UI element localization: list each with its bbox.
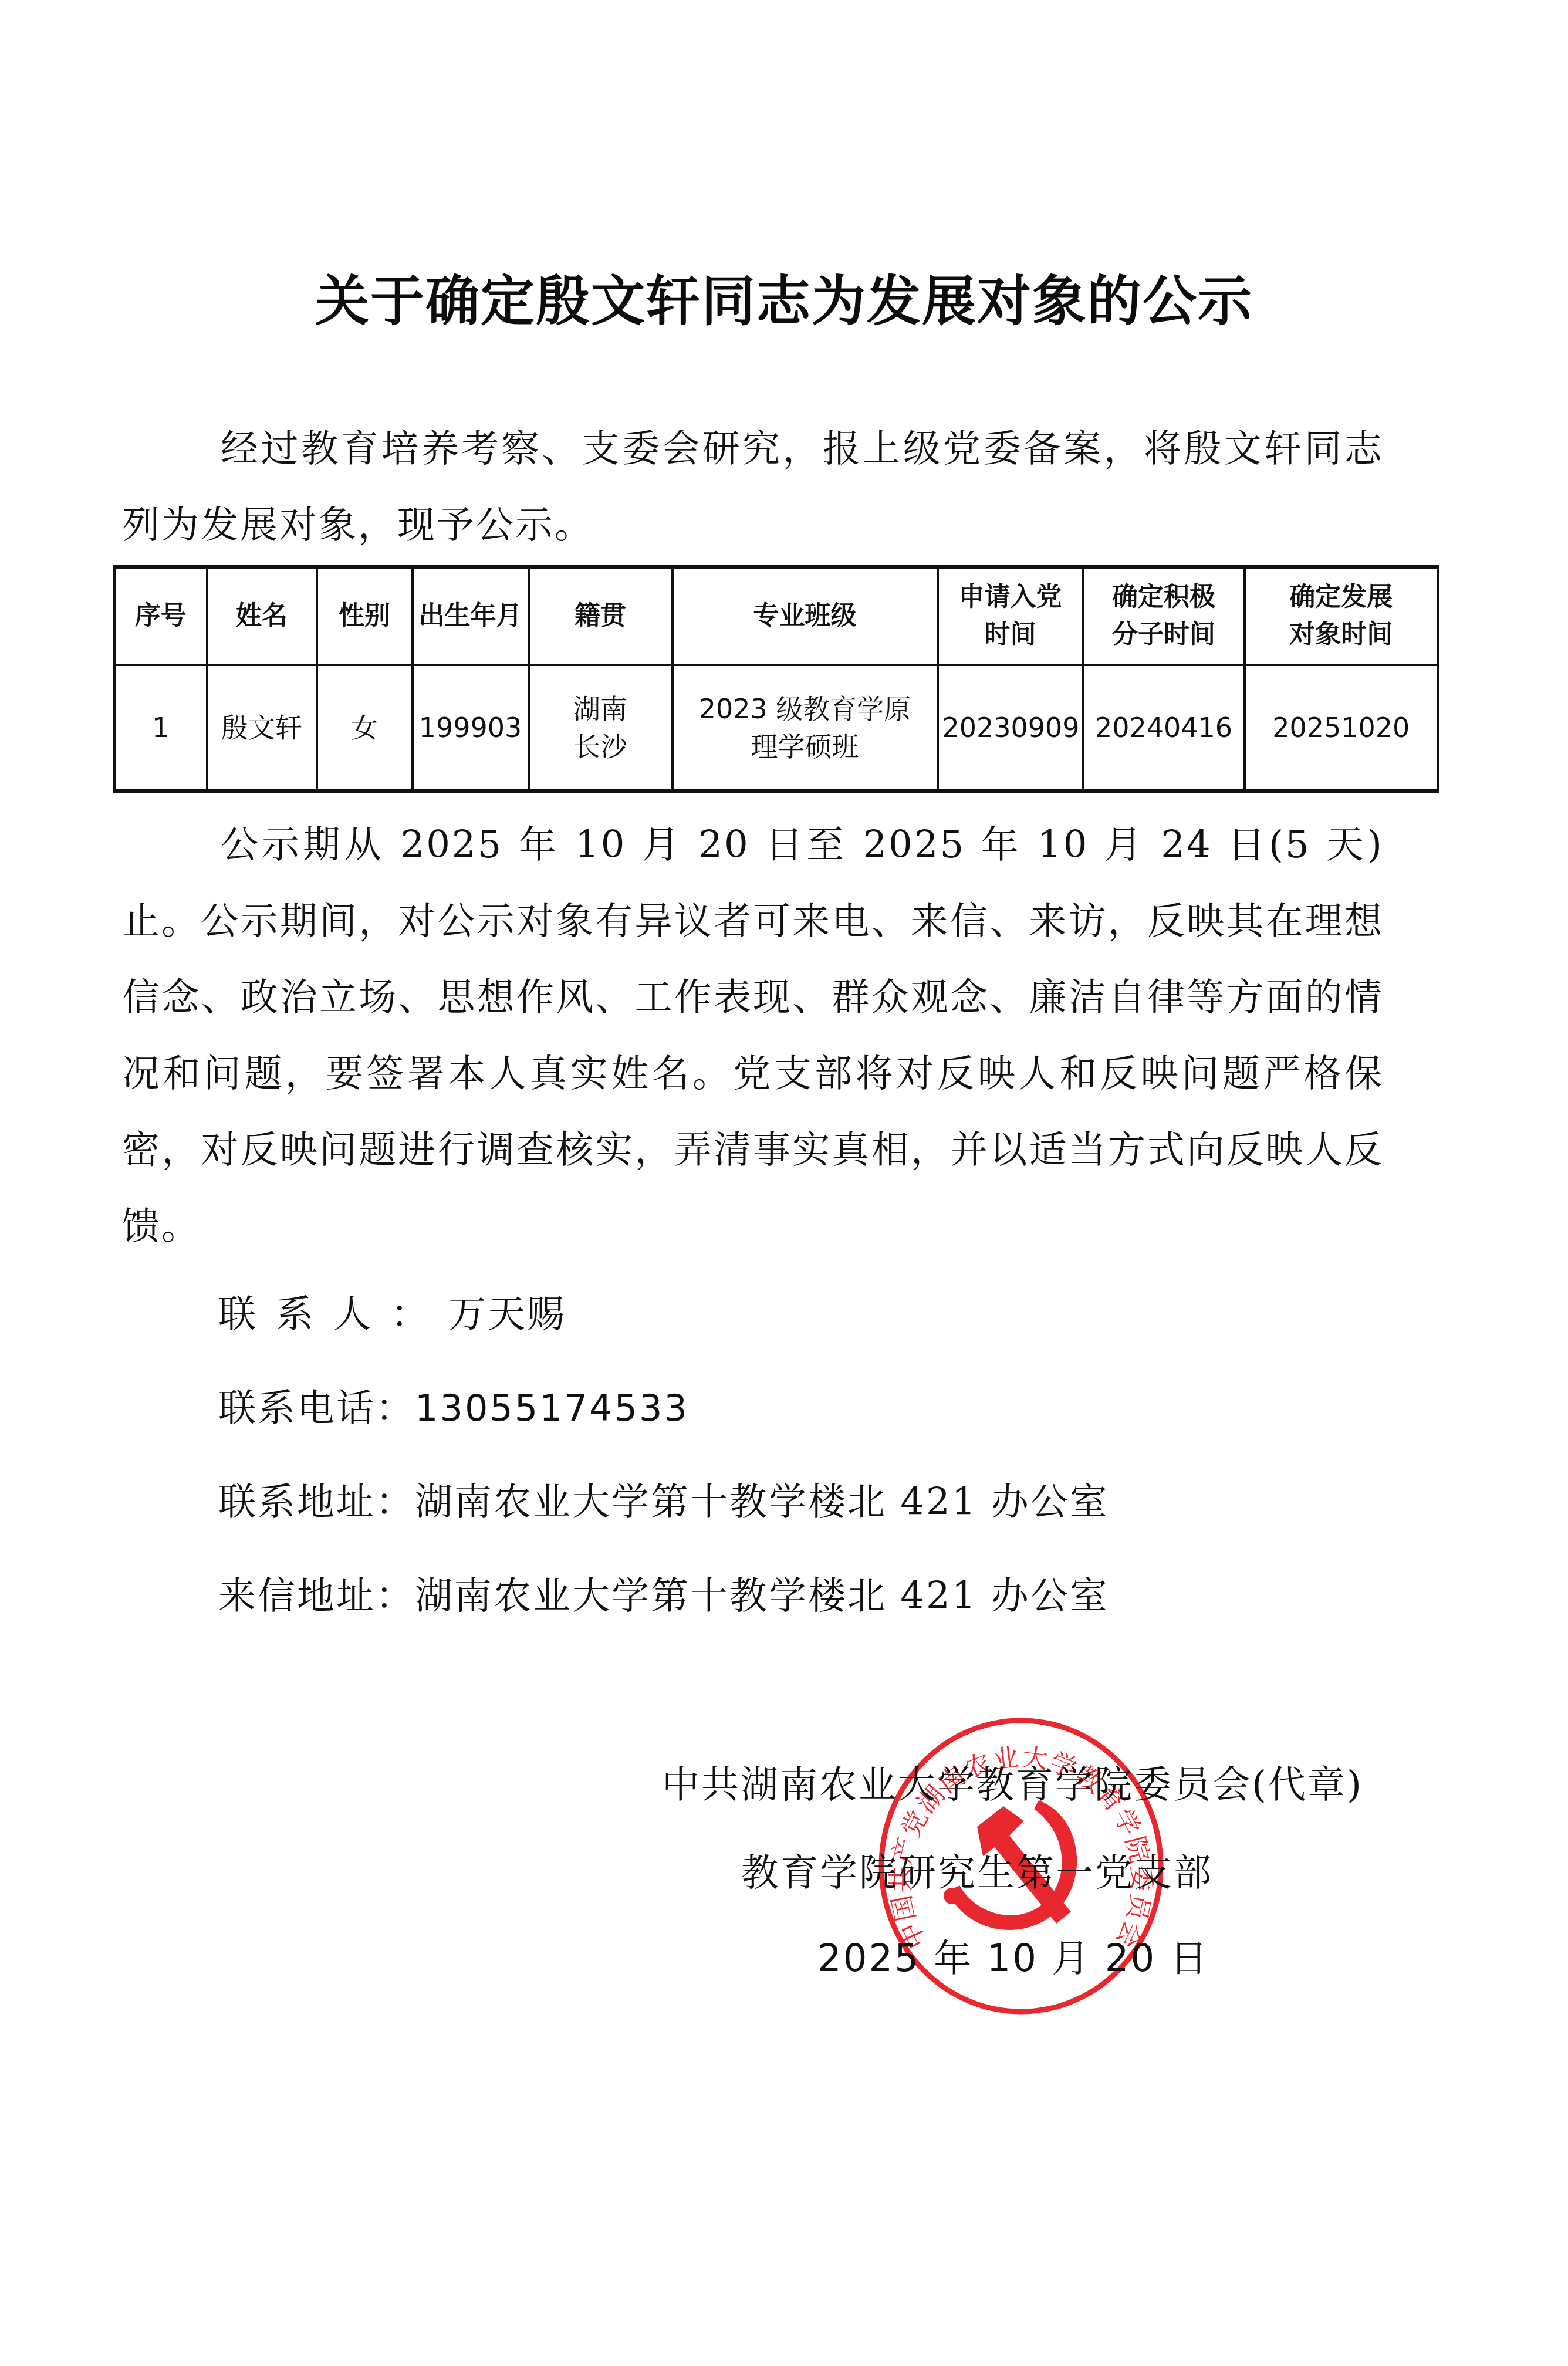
- table-row: 1 殷文轩 女 199903 湖南长沙 2023 级教育学原理学硕班 20230…: [114, 665, 1438, 791]
- contact-mail-value: 湖南农业大学第十教学楼北 421 办公室: [415, 1573, 1109, 1620]
- cell-activist-date: 20240416: [1083, 665, 1245, 791]
- header-gender: 性别: [317, 567, 413, 665]
- contact-address: 联系地址：湖南农业大学第十教学楼北 421 办公室: [218, 1479, 1109, 1526]
- document-page: 关于确定殷文轩同志为发展对象的公示 经过教育培养考察、支委会研究，报上级党委备案…: [0, 0, 1568, 2366]
- contact-person: 联系人：万天赐: [218, 1291, 566, 1338]
- cell-candidate-date: 20251020: [1245, 665, 1438, 791]
- intro-paragraph: 经过教育培养考察、支委会研究，报上级党委备案，将殷文轩同志列为发展对象，现予公示…: [122, 411, 1384, 563]
- header-name: 姓名: [207, 567, 317, 665]
- header-major-class: 专业班级: [673, 567, 938, 665]
- candidate-table: 序号 姓名 性别 出生年月 籍贯 专业班级 申请入党时间 确定积极分子时间 确定…: [113, 565, 1439, 793]
- header-apply-date: 申请入党时间: [938, 567, 1083, 665]
- contact-mail-address: 来信地址：湖南农业大学第十教学楼北 421 办公室: [218, 1573, 1109, 1620]
- contact-phone: 联系电话：13055174533: [218, 1385, 689, 1432]
- header-activist-date: 确定积极分子时间: [1083, 567, 1245, 665]
- table-header-row: 序号 姓名 性别 出生年月 籍贯 专业班级 申请入党时间 确定积极分子时间 确定…: [114, 567, 1438, 665]
- signature-branch: 教育学院研究生第一党支部: [741, 1843, 1213, 1897]
- cell-gender: 女: [317, 665, 413, 791]
- notice-paragraph: 公示期从 2025 年 10 月 20 日至 2025 年 10 月 24 日(…: [122, 807, 1384, 1265]
- contact-phone-value: 13055174533: [415, 1385, 689, 1432]
- contact-phone-label: 联系电话：: [218, 1385, 415, 1432]
- signature-date: 2025 年 10 月 20 日: [817, 1928, 1209, 1982]
- contact-person-value: 万天赐: [448, 1291, 566, 1338]
- contact-address-label: 联系地址：: [218, 1479, 415, 1526]
- cell-major-class: 2023 级教育学原理学硕班: [673, 665, 938, 791]
- cell-index: 1: [114, 665, 207, 791]
- cell-name: 殷文轩: [207, 665, 317, 791]
- header-candidate-date: 确定发展对象时间: [1245, 567, 1438, 665]
- contact-person-label: 联系人：: [218, 1291, 448, 1338]
- document-title: 关于确定殷文轩同志为发展对象的公示: [0, 258, 1568, 336]
- header-birth: 出生年月: [413, 567, 529, 665]
- header-index: 序号: [114, 567, 207, 665]
- cell-birth: 199903: [413, 665, 529, 791]
- cell-native-place: 湖南长沙: [529, 665, 673, 791]
- cell-apply-date: 20230909: [938, 665, 1083, 791]
- signature-committee: 中共湖南农业大学教育学院委员会(代章): [662, 1755, 1363, 1809]
- header-native-place: 籍贯: [529, 567, 673, 665]
- contact-mail-label: 来信地址：: [218, 1573, 415, 1620]
- contact-address-value: 湖南农业大学第十教学楼北 421 办公室: [415, 1479, 1109, 1526]
